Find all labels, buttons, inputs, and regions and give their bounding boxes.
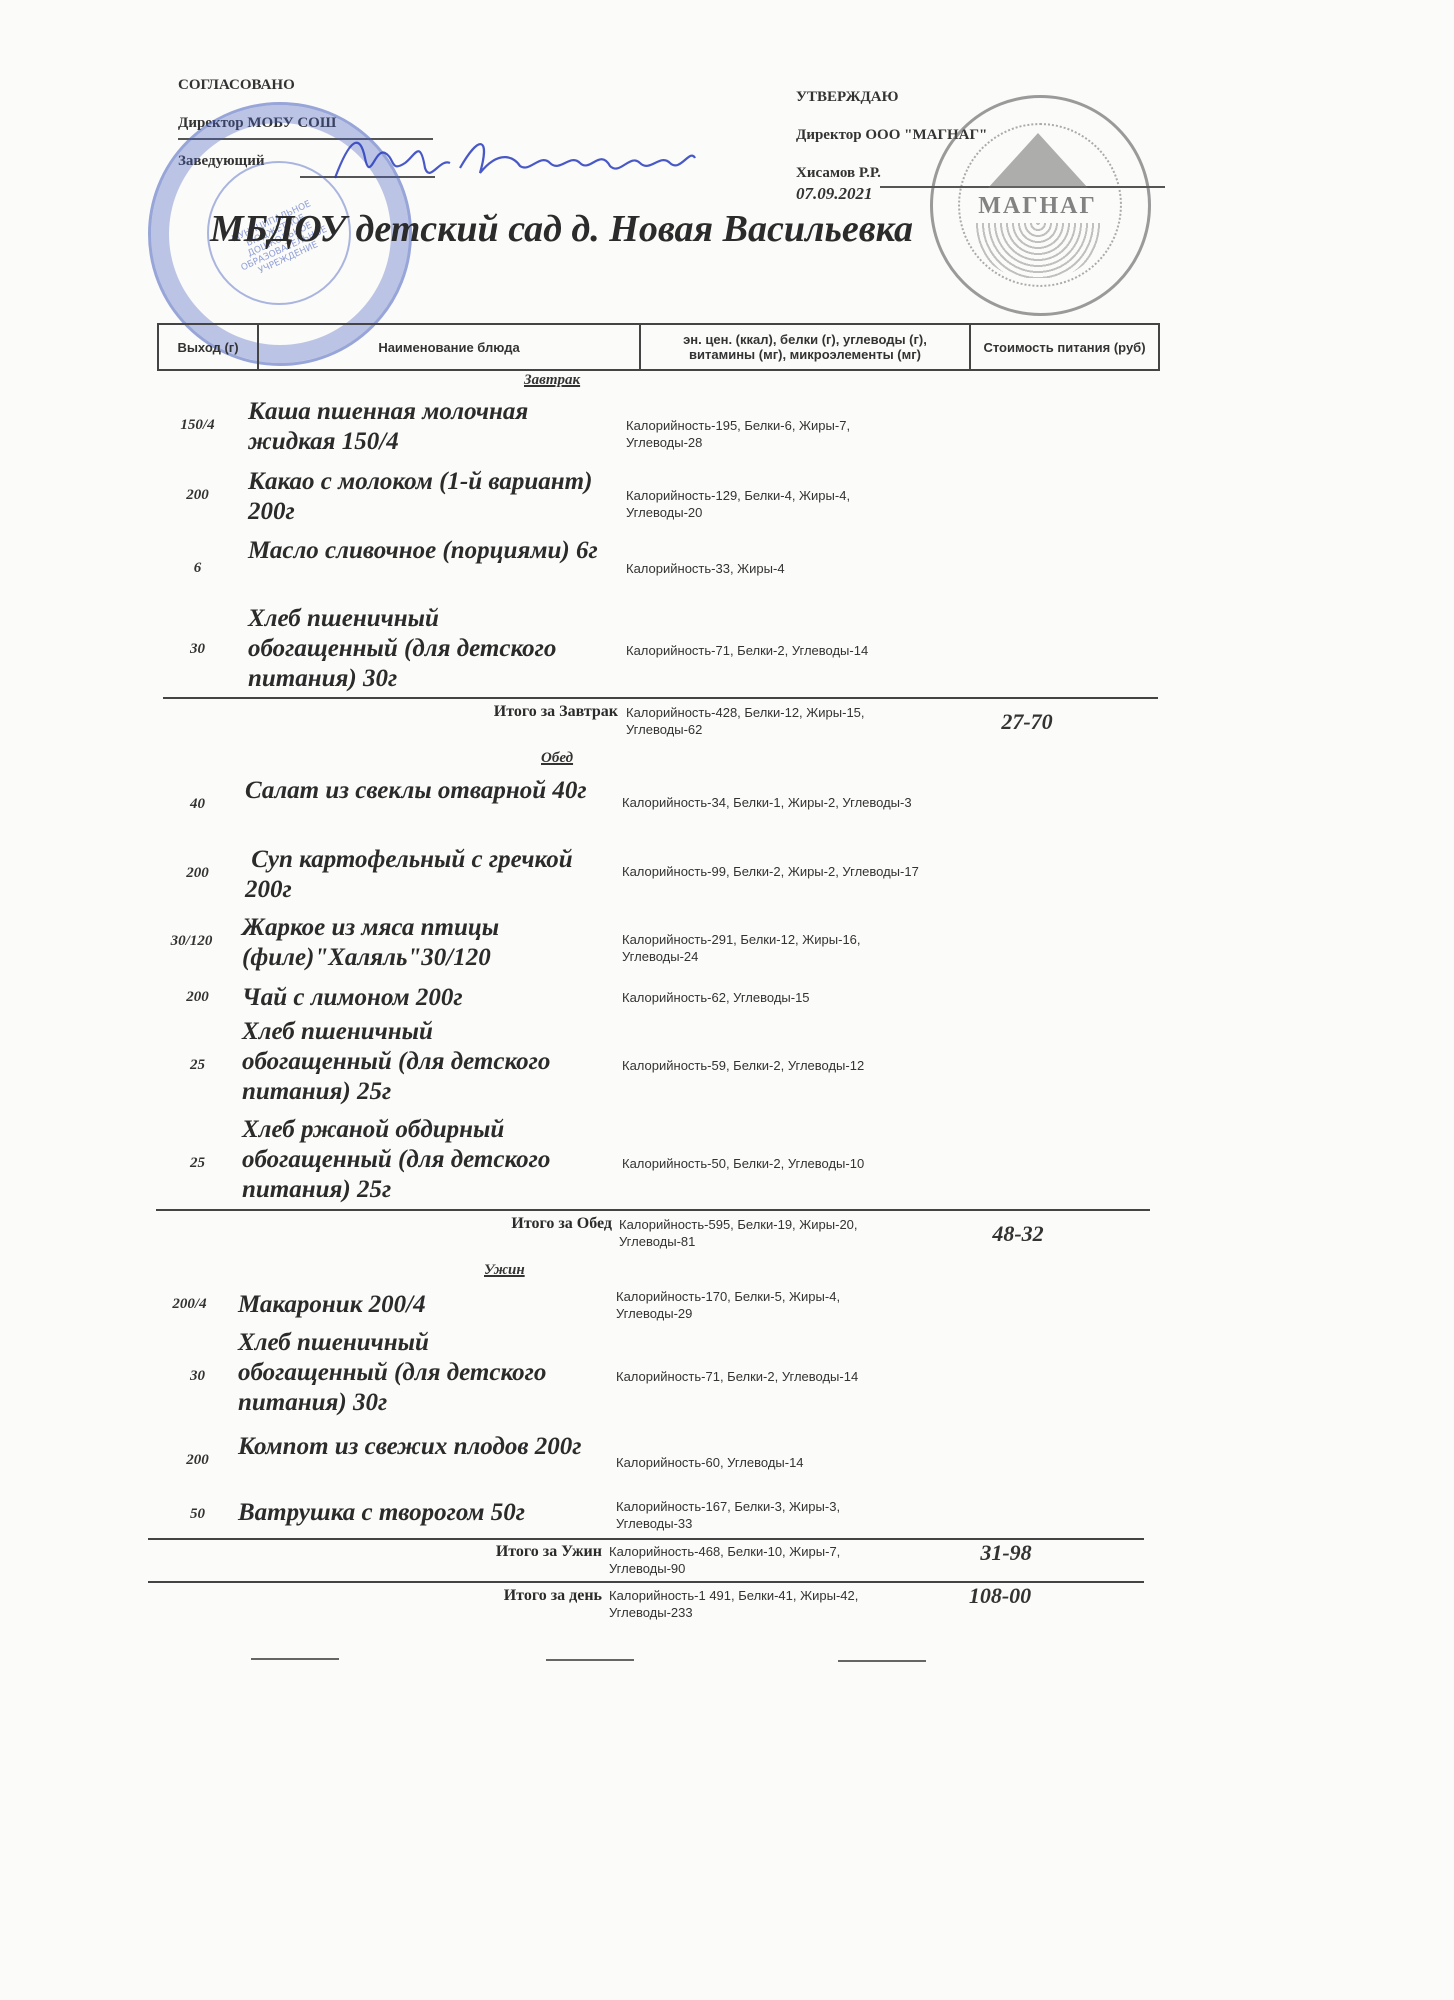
yield-value: 30 <box>150 1368 245 1385</box>
nutrition-value: Калорийность-62, Углеводы-15 <box>622 989 922 1006</box>
nutrition-header-line2: витамины (мг), микроэлементы (мг) <box>689 347 921 362</box>
footer-signature-line <box>838 1660 926 1662</box>
yield-value: 200/4 <box>142 1296 237 1313</box>
section-title-lunch: Обед <box>541 750 573 767</box>
nutrition-value: Калорийность-170, Белки-5, Жиры-4, Углев… <box>616 1288 916 1322</box>
stamp-brand: МАГНАГ <box>933 193 1142 220</box>
mountain-logo-icon <box>988 133 1088 188</box>
dish-name: Макароник 200/4 <box>238 1290 608 1320</box>
dish-name: Какао с молоком (1-й вариант) 200г <box>248 467 618 527</box>
dish-name: Хлеб пшеничный обогащенный (для детского… <box>242 1017 582 1107</box>
approval-right-name: Хисамов Р.Р. <box>796 165 881 182</box>
dish-name: Суп картофельный с гречкой 200г <box>245 845 615 905</box>
nutrition-value: Калорийность-99, Белки-2, Жиры-2, Углево… <box>622 863 922 880</box>
column-header-cost: Стоимость питания (руб) <box>970 324 1159 370</box>
nutrition-value: Калорийность-50, Белки-2, Углеводы-10 <box>622 1155 922 1172</box>
dish-name: Компот из свежих плодов 200г <box>238 1432 608 1462</box>
dish-name: Масло сливочное (порциями) 6г <box>248 536 618 566</box>
approval-date: 07.09.2021 <box>796 184 873 204</box>
approval-right-heading: УТВЕРЖДАЮ <box>796 89 899 106</box>
nutrition-value: Калорийность-71, Белки-2, Углеводы-14 <box>616 1368 916 1385</box>
nutrition-value: Калорийность-71, Белки-2, Углеводы-14 <box>626 642 926 659</box>
section-divider <box>156 1209 1150 1211</box>
nutrition-header-line1: эн. цен. (ккал), белки (г), углеводы (г)… <box>683 332 927 347</box>
column-header-dish: Наименование блюда <box>258 324 640 370</box>
dish-name: Салат из свеклы отварной 40г <box>245 776 615 806</box>
yield-value: 30/120 <box>144 933 239 950</box>
yield-value: 200 <box>150 487 245 504</box>
section-title-breakfast: Завтрак <box>524 372 580 389</box>
yield-value: 50 <box>150 1506 245 1523</box>
total-nutrition-dinner: Калорийность-468, Белки-10, Жиры-7, Угле… <box>609 1543 909 1577</box>
nutrition-value: Калорийность-291, Белки-12, Жиры-16, Угл… <box>622 931 922 965</box>
approval-left-heading: СОГЛАСОВАНО <box>178 77 295 94</box>
dish-name: Хлеб пшеничный обогащенный (для детского… <box>248 604 588 694</box>
yield-value: 40 <box>150 796 245 813</box>
total-label-dinner: Итого за Ужин <box>302 1543 602 1561</box>
nutrition-value: Калорийность-59, Белки-2, Углеводы-12 <box>622 1057 922 1074</box>
yield-value: 25 <box>150 1155 245 1172</box>
yield-value: 200 <box>150 1452 245 1469</box>
cost-dinner: 31-98 <box>926 1540 1086 1566</box>
yield-value: 6 <box>150 560 245 577</box>
company-stamp-right: МАГНАГ <box>930 95 1151 316</box>
total-label-day: Итого за день <box>302 1587 602 1605</box>
column-header-yield: Выход (г) <box>158 324 258 370</box>
section-title-dinner: Ужин <box>484 1262 525 1279</box>
cost-breakfast: 27-70 <box>947 709 1107 735</box>
total-nutrition-lunch: Калорийность-595, Белки-19, Жиры-20, Угл… <box>619 1216 919 1250</box>
column-header-nutrition: эн. цен. (ккал), белки (г), углеводы (г)… <box>640 324 970 370</box>
section-divider <box>163 697 1158 699</box>
nutrition-value: Калорийность-195, Белки-6, Жиры-7, Углев… <box>626 417 926 451</box>
total-label-breakfast: Итого за Завтрак <box>318 703 618 721</box>
dish-name: Ватрушка с творогом 50г <box>238 1498 608 1528</box>
dish-name: Хлеб пшеничный обогащенный (для детского… <box>238 1328 578 1418</box>
total-nutrition-day: Калорийность-1 491, Белки-41, Жиры-42, У… <box>609 1587 909 1621</box>
yield-value: 200 <box>150 865 245 882</box>
page-title: МБДОУ детский сад д. Новая Васильевка <box>210 207 913 251</box>
cost-day: 108-00 <box>920 1583 1080 1609</box>
nutrition-value: Калорийность-129, Белки-4, Жиры-4, Углев… <box>626 487 926 521</box>
nutrition-value: Калорийность-34, Белки-1, Жиры-2, Углево… <box>622 794 922 811</box>
total-label-lunch: Итого за Обед <box>312 1215 612 1233</box>
dish-name: Каша пшенная молочная жидкая 150/4 <box>248 397 618 457</box>
dish-name: Жаркое из мяса птицы (филе)"Халяль"30/12… <box>242 913 612 973</box>
footer-signature-line <box>251 1658 339 1660</box>
total-nutrition-breakfast: Калорийность-428, Белки-12, Жиры-15, Угл… <box>626 704 926 738</box>
yield-value: 25 <box>150 1057 245 1074</box>
yield-value: 200 <box>150 989 245 1006</box>
nutrition-value: Калорийность-60, Углеводы-14 <box>616 1454 916 1471</box>
menu-table-header: Выход (г) Наименование блюда эн. цен. (к… <box>157 323 1160 371</box>
handwritten-signature-icon <box>330 128 700 188</box>
yield-value: 150/4 <box>150 417 245 434</box>
yield-value: 30 <box>150 641 245 658</box>
footer-signature-line <box>546 1659 634 1661</box>
dish-name: Хлеб ржаной обдирный обогащенный (для де… <box>242 1115 582 1205</box>
nutrition-value: Калорийность-167, Белки-3, Жиры-3, Углев… <box>616 1498 916 1532</box>
dish-name: Чай с лимоном 200г <box>242 983 612 1013</box>
cost-lunch: 48-32 <box>938 1221 1098 1247</box>
nutrition-value: Калорийность-33, Жиры-4 <box>626 560 926 577</box>
